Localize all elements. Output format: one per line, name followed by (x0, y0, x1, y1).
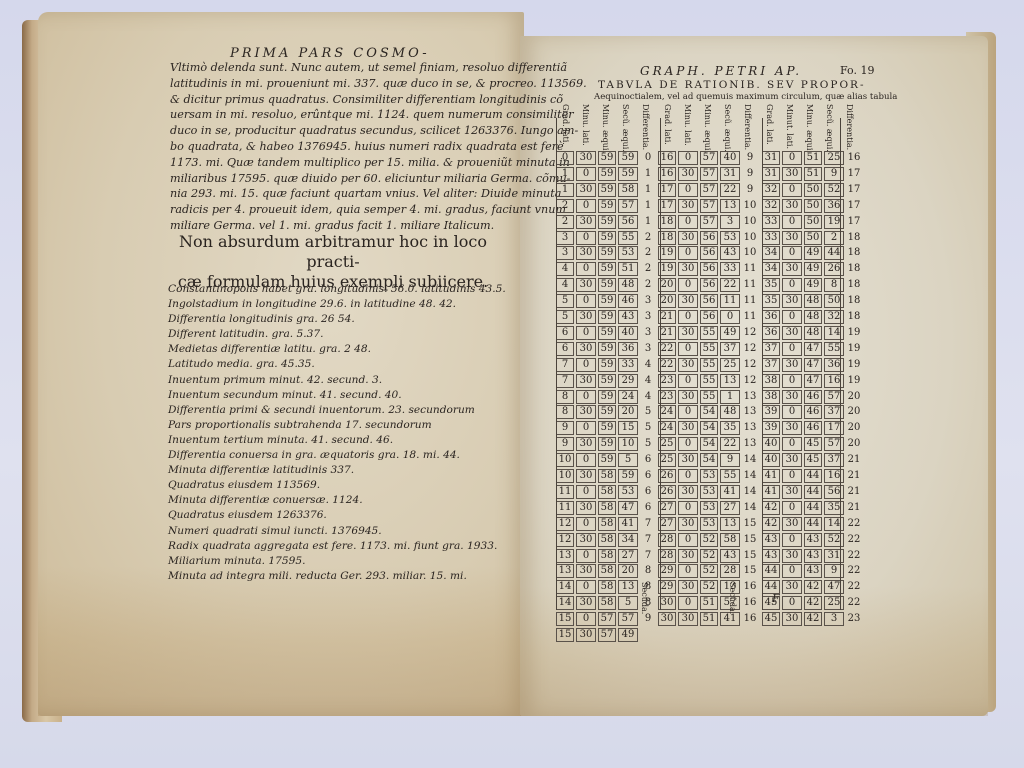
table-cell: 2 (824, 231, 844, 245)
table-cell: 0 (782, 183, 802, 197)
table-cell: 46 (804, 390, 822, 404)
text-line: uersam in mi. resoluo, erûntque mi. 1124… (170, 107, 500, 123)
table-row: 360483218 (556, 309, 846, 325)
example-line: Ingolstadium in longitudine 29.6. in lat… (168, 297, 498, 312)
table-cell: 44 (804, 485, 822, 499)
table-cell: 36 (824, 358, 844, 372)
column-header: Grad. lati. (558, 104, 572, 150)
table-cell: 14 (824, 517, 844, 531)
table-cell: 55 (824, 342, 844, 356)
table-cell: 9 (824, 564, 844, 578)
example-line: Numeri quadrati simul iuncti. 1376945. (168, 524, 498, 539)
table-cell: 20 (846, 389, 862, 405)
column-header: Minu. lati. (578, 104, 592, 150)
table-cell: 32 (762, 199, 780, 213)
table-row: 310512516 (556, 150, 846, 166)
table-cell: 36 (762, 310, 780, 324)
table-cell: 30 (782, 231, 802, 245)
table-cell: 47 (824, 580, 844, 594)
table-cell: 52 (824, 533, 844, 547)
running-head-right: GRAPH. PETRI AP. (640, 64, 802, 78)
table-cell: 47 (804, 342, 822, 356)
table-cell: 22 (846, 579, 862, 595)
table-cell: 40 (762, 437, 780, 451)
table-title: TABVLA DE RATIONIB. SEV PROPOR- (598, 79, 866, 91)
table-row: 400455720 (556, 436, 846, 452)
table-cell: 37 (824, 453, 844, 467)
table-cell: 50 (804, 199, 822, 213)
table-cell: 48 (804, 310, 822, 324)
table-cell: 20 (846, 404, 862, 420)
table-cell: 0 (782, 342, 802, 356)
table-cell: 39 (762, 421, 780, 435)
column-header: Secũ. æqui. (720, 104, 734, 150)
table-cell: 49 (804, 246, 822, 260)
text-line: miliaribus 17595. quæ diuido per 60. eli… (170, 171, 500, 187)
table-cell: 32 (762, 183, 780, 197)
column-footer: Secũda. (640, 582, 649, 614)
table-cell: 57 (824, 390, 844, 404)
table-cell: 30 (782, 421, 802, 435)
table-cell: 49 (618, 628, 638, 642)
example-list: Constantinopolis habet gra. longitudinis… (168, 282, 498, 584)
column-header: Secũ. æqui. (618, 104, 632, 150)
table-row: 4230441422 (556, 516, 846, 532)
folio-number: Fo. 19 (840, 64, 874, 77)
table-cell: 15 (556, 628, 574, 642)
example-line: Latitudo media. gra. 45.35. (168, 357, 498, 372)
text-line: & dicitur primus quadratus. Consimiliter… (170, 92, 500, 108)
example-line: Quadratus eiusdem 1263376. (168, 508, 498, 523)
table-cell: 30 (576, 628, 596, 642)
column-header: Minu. æqui. (598, 104, 612, 150)
table-cell: 42 (804, 596, 822, 610)
table-cell: 39 (762, 405, 780, 419)
table-cell: 40 (762, 453, 780, 467)
table-row: 340494418 (556, 245, 846, 261)
table-cell: 50 (804, 215, 822, 229)
table-cell: 30 (782, 199, 802, 213)
table-cell: 8 (824, 278, 844, 292)
table-cell: 45 (762, 612, 780, 626)
body-paragraph: Vltimò delenda sunt. Nunc autem, ut seme… (170, 60, 500, 234)
table-cell: 17 (846, 166, 862, 182)
table-cell: 16 (824, 374, 844, 388)
table-cell: 37 (824, 405, 844, 419)
table-cell: 31 (762, 167, 780, 181)
table-cell: 22 (846, 548, 862, 564)
table-cell: 0 (782, 246, 802, 260)
table-cell: 33 (762, 215, 780, 229)
example-line: Different latitudin. gra. 5.37. (168, 327, 498, 342)
table-cell: 22 (846, 563, 862, 579)
text-line: nia 293. mi. 15. quæ faciunt quartam vni… (170, 186, 500, 202)
table-cell: 17 (824, 421, 844, 435)
table-cell: 17 (846, 214, 862, 230)
table-cell: 16 (824, 469, 844, 483)
running-head-left: PRIMA PARS COSMO- (230, 46, 430, 61)
table-cell: 0 (782, 437, 802, 451)
table-cell: 16 (846, 150, 862, 166)
water-stain (38, 566, 524, 716)
table-cell: 46 (804, 405, 822, 419)
table-cell: 50 (804, 231, 822, 245)
table-cell: 21 (846, 484, 862, 500)
column-header: Minu. æqui. (700, 104, 714, 150)
table-cell: 30 (782, 517, 802, 531)
table-cell: 35 (762, 294, 780, 308)
table-cell: 35 (762, 278, 780, 292)
table-row: 4430424722 (556, 579, 846, 595)
table-rule (762, 118, 763, 610)
table-cell: 30 (782, 612, 802, 626)
example-line: Inuentum secundum minut. 41. secund. 40. (168, 388, 498, 403)
table-cell: 0 (782, 564, 802, 578)
table-cell: 36 (762, 326, 780, 340)
table-cell: 14 (824, 326, 844, 340)
table-cell: 30 (782, 580, 802, 594)
table-row: 15305749 (556, 627, 846, 643)
table-row: 430435222 (556, 532, 846, 548)
table-cell: 34 (762, 262, 780, 276)
table-row: 420443521 (556, 500, 846, 516)
table-cell: 33 (762, 231, 780, 245)
table-cell: 49 (804, 278, 822, 292)
table-cell: 9 (824, 167, 844, 181)
table-cell: 50 (804, 183, 822, 197)
table-row: 3630481419 (556, 325, 846, 341)
text-line: latitudinis in mi. proueniunt mi. 337. q… (170, 76, 500, 92)
example-line: Miliarium minuta. 17595. (168, 554, 498, 569)
column-header: Differentia. (740, 104, 754, 150)
table-cell: 0 (782, 310, 802, 324)
table-cell: 18 (846, 293, 862, 309)
table-cell: 31 (762, 151, 780, 165)
table-row: 44043922 (556, 563, 846, 579)
table-row: 3230503617 (556, 198, 846, 214)
table-cell: 49 (804, 262, 822, 276)
table-cell: 35 (824, 501, 844, 515)
table-rule (840, 118, 841, 610)
table-cell: 0 (782, 596, 802, 610)
table-row: 3530485018 (556, 293, 846, 309)
table-cell: 48 (804, 294, 822, 308)
table-row: 3730473619 (556, 357, 846, 373)
table-cell: 46 (804, 421, 822, 435)
table-row: 450422522 (556, 595, 846, 611)
table-cell (640, 627, 656, 643)
table-cell: 42 (804, 612, 822, 626)
table-row: 380471619 (556, 373, 846, 389)
table-row: 3830465720 (556, 389, 846, 405)
table-cell: 44 (804, 517, 822, 531)
table-cell: 44 (762, 564, 780, 578)
table-cell: 30 (782, 358, 802, 372)
column-footer: Secũda. (728, 582, 737, 614)
table-cell: 42 (804, 580, 822, 594)
table-cell: 30 (782, 294, 802, 308)
table-cell: 21 (846, 468, 862, 484)
table-cell: 43 (804, 533, 822, 547)
table-cell: 19 (846, 325, 862, 341)
table-cell: 38 (762, 374, 780, 388)
table-row: 320505217 (556, 182, 846, 198)
table-cell: 43 (762, 533, 780, 547)
table-cell: 26 (824, 262, 844, 276)
signature-mark: F (772, 592, 780, 605)
column-header: Secũ. æqui. (822, 104, 836, 150)
open-book: PRIMA PARS COSMO- Vltimò delenda sunt. N… (0, 0, 1024, 768)
table-cell: 45 (804, 453, 822, 467)
table-cell: 0 (782, 215, 802, 229)
example-line: Minuta differentiæ conuersæ. 1124. (168, 493, 498, 508)
table-cell: 37 (762, 358, 780, 372)
example-line: Quadratus eiusdem 113569. (168, 478, 498, 493)
table-cell: 18 (846, 309, 862, 325)
column-header: Minu. æqui. (802, 104, 816, 150)
table-cell: 57 (598, 628, 616, 642)
table-cell: 20 (846, 420, 862, 436)
table-cell: 30 (782, 485, 802, 499)
table-cell: 36 (824, 199, 844, 213)
table-cell: 22 (846, 595, 862, 611)
table-cell: 41 (762, 485, 780, 499)
example-line: Differentia longitudinis gra. 26 54. (168, 312, 498, 327)
example-line: Medietas differentiæ latitu. gra. 2 48. (168, 342, 498, 357)
table-cell: 3 (824, 612, 844, 626)
table-cell: 17 (846, 198, 862, 214)
table-cell: 44 (804, 501, 822, 515)
table-cell: 32 (824, 310, 844, 324)
table-cell: 0 (782, 374, 802, 388)
example-line: Inuentum tertium minuta. 41. secund. 46. (168, 433, 498, 448)
table-cell: 43 (804, 564, 822, 578)
table-row: 370475519 (556, 341, 846, 357)
text-line: 1173. mi. Quæ tandem multiplico per 15. … (170, 155, 500, 171)
column-header: Minu. lati. (680, 104, 694, 150)
text-line: radicis per 4. proueuit idem, quia sempe… (170, 202, 500, 218)
column-header: Minut. lati. (782, 104, 796, 150)
table-cell: 30 (782, 326, 802, 340)
table-cell: 31 (824, 549, 844, 563)
table-cell: 30 (782, 167, 802, 181)
table-cell: 18 (846, 245, 862, 261)
text-line: bo quadrata, & habeo 1376945. huius nume… (170, 139, 500, 155)
table-cell: 0 (782, 501, 802, 515)
table-cell: 30 (782, 390, 802, 404)
table-cell: 18 (846, 230, 862, 246)
table-cell: 51 (804, 167, 822, 181)
table-cell: 42 (762, 517, 780, 531)
table-cell: 0 (782, 405, 802, 419)
table-cell: 45 (804, 437, 822, 451)
table-cell: 23 (846, 611, 862, 627)
table-cell: 19 (824, 215, 844, 229)
table-cell: 38 (762, 390, 780, 404)
text-line: duco in se, producitur quadratus secundu… (170, 123, 500, 139)
table-cell: 0 (782, 469, 802, 483)
table-cell: 20 (846, 436, 862, 452)
table-row: 3930461720 (556, 420, 846, 436)
table-cell: 17 (846, 182, 862, 198)
title-line: Non absurdum arbitramur hoc in loco prac… (168, 232, 498, 272)
table-rule (556, 118, 557, 610)
table-cell: 41 (762, 469, 780, 483)
table-cell: 30 (782, 549, 802, 563)
table-cell: 44 (804, 469, 822, 483)
table-cell: 18 (846, 277, 862, 293)
table-cell: 51 (804, 151, 822, 165)
column-header: Differentia. (638, 104, 652, 150)
table-cell: 47 (804, 358, 822, 372)
table-cell: 47 (804, 374, 822, 388)
table-cell: 57 (824, 437, 844, 451)
text-line: Vltimò delenda sunt. Nunc autem, ut seme… (170, 60, 500, 76)
column-header: Grad. lati. (762, 104, 776, 150)
table-cell: 0 (782, 533, 802, 547)
example-line: Radix quadrata aggregata est fere. 1173.… (168, 539, 498, 554)
example-line: Pars proportionalis subtrahenda 17. secu… (168, 418, 498, 433)
table-row: 453042323 (556, 611, 846, 627)
table-row: 35049818 (556, 277, 846, 293)
table-cell: 43 (804, 549, 822, 563)
table-row: 390463720 (556, 404, 846, 420)
table-cell: 19 (846, 373, 862, 389)
table-cell: 18 (846, 261, 862, 277)
table-cell: 52 (824, 183, 844, 197)
example-line: Inuentum primum minut. 42. secund. 3. (168, 373, 498, 388)
table-cell: 43 (762, 549, 780, 563)
table-cell: 37 (762, 342, 780, 356)
table-row: 410441621 (556, 468, 846, 484)
table-row: 330501917 (556, 214, 846, 230)
table-row: 4330433122 (556, 548, 846, 564)
table-row: 3430492618 (556, 261, 846, 277)
table-row: 313051917 (556, 166, 846, 182)
table-row: 333050218 (556, 230, 846, 246)
table-rule (660, 118, 661, 610)
table-cell: 25 (824, 596, 844, 610)
table-cell: 44 (824, 246, 844, 260)
table-cell: 42 (762, 501, 780, 515)
table-cell: 30 (782, 262, 802, 276)
table-cell: 0 (782, 278, 802, 292)
column-header: Grad. lati. (660, 104, 674, 150)
table-cell: 30 (782, 453, 802, 467)
example-line: Differentia primi & secundi inuentorum. … (168, 403, 498, 418)
table-cell: 48 (804, 326, 822, 340)
column-header: Differentia. (842, 104, 856, 150)
table-cell: 19 (846, 357, 862, 373)
table-row: 4130445621 (556, 484, 846, 500)
example-line: Differentia conuersa in gra. æquatoris g… (168, 448, 498, 463)
example-line: Minuta differentiæ latitudinis 337. (168, 463, 498, 478)
table-row: 4030453721 (556, 452, 846, 468)
table-cell: 21 (846, 452, 862, 468)
table-cell: 34 (762, 246, 780, 260)
table-cell: 25 (824, 151, 844, 165)
table-cell: 50 (824, 294, 844, 308)
table-cell: 21 (846, 500, 862, 516)
table-cell: 22 (846, 532, 862, 548)
table-cell: 22 (846, 516, 862, 532)
table-cell: 19 (846, 341, 862, 357)
example-line: Constantinopolis habet gra. longitudinis… (168, 282, 498, 297)
table-cell: 56 (824, 485, 844, 499)
table-cell: 0 (782, 151, 802, 165)
example-line: Minuta ad integra mili. reducta Ger. 293… (168, 569, 498, 584)
table-subtitle: Aequinoctialem, vel ad quemuis maximum c… (594, 92, 897, 102)
